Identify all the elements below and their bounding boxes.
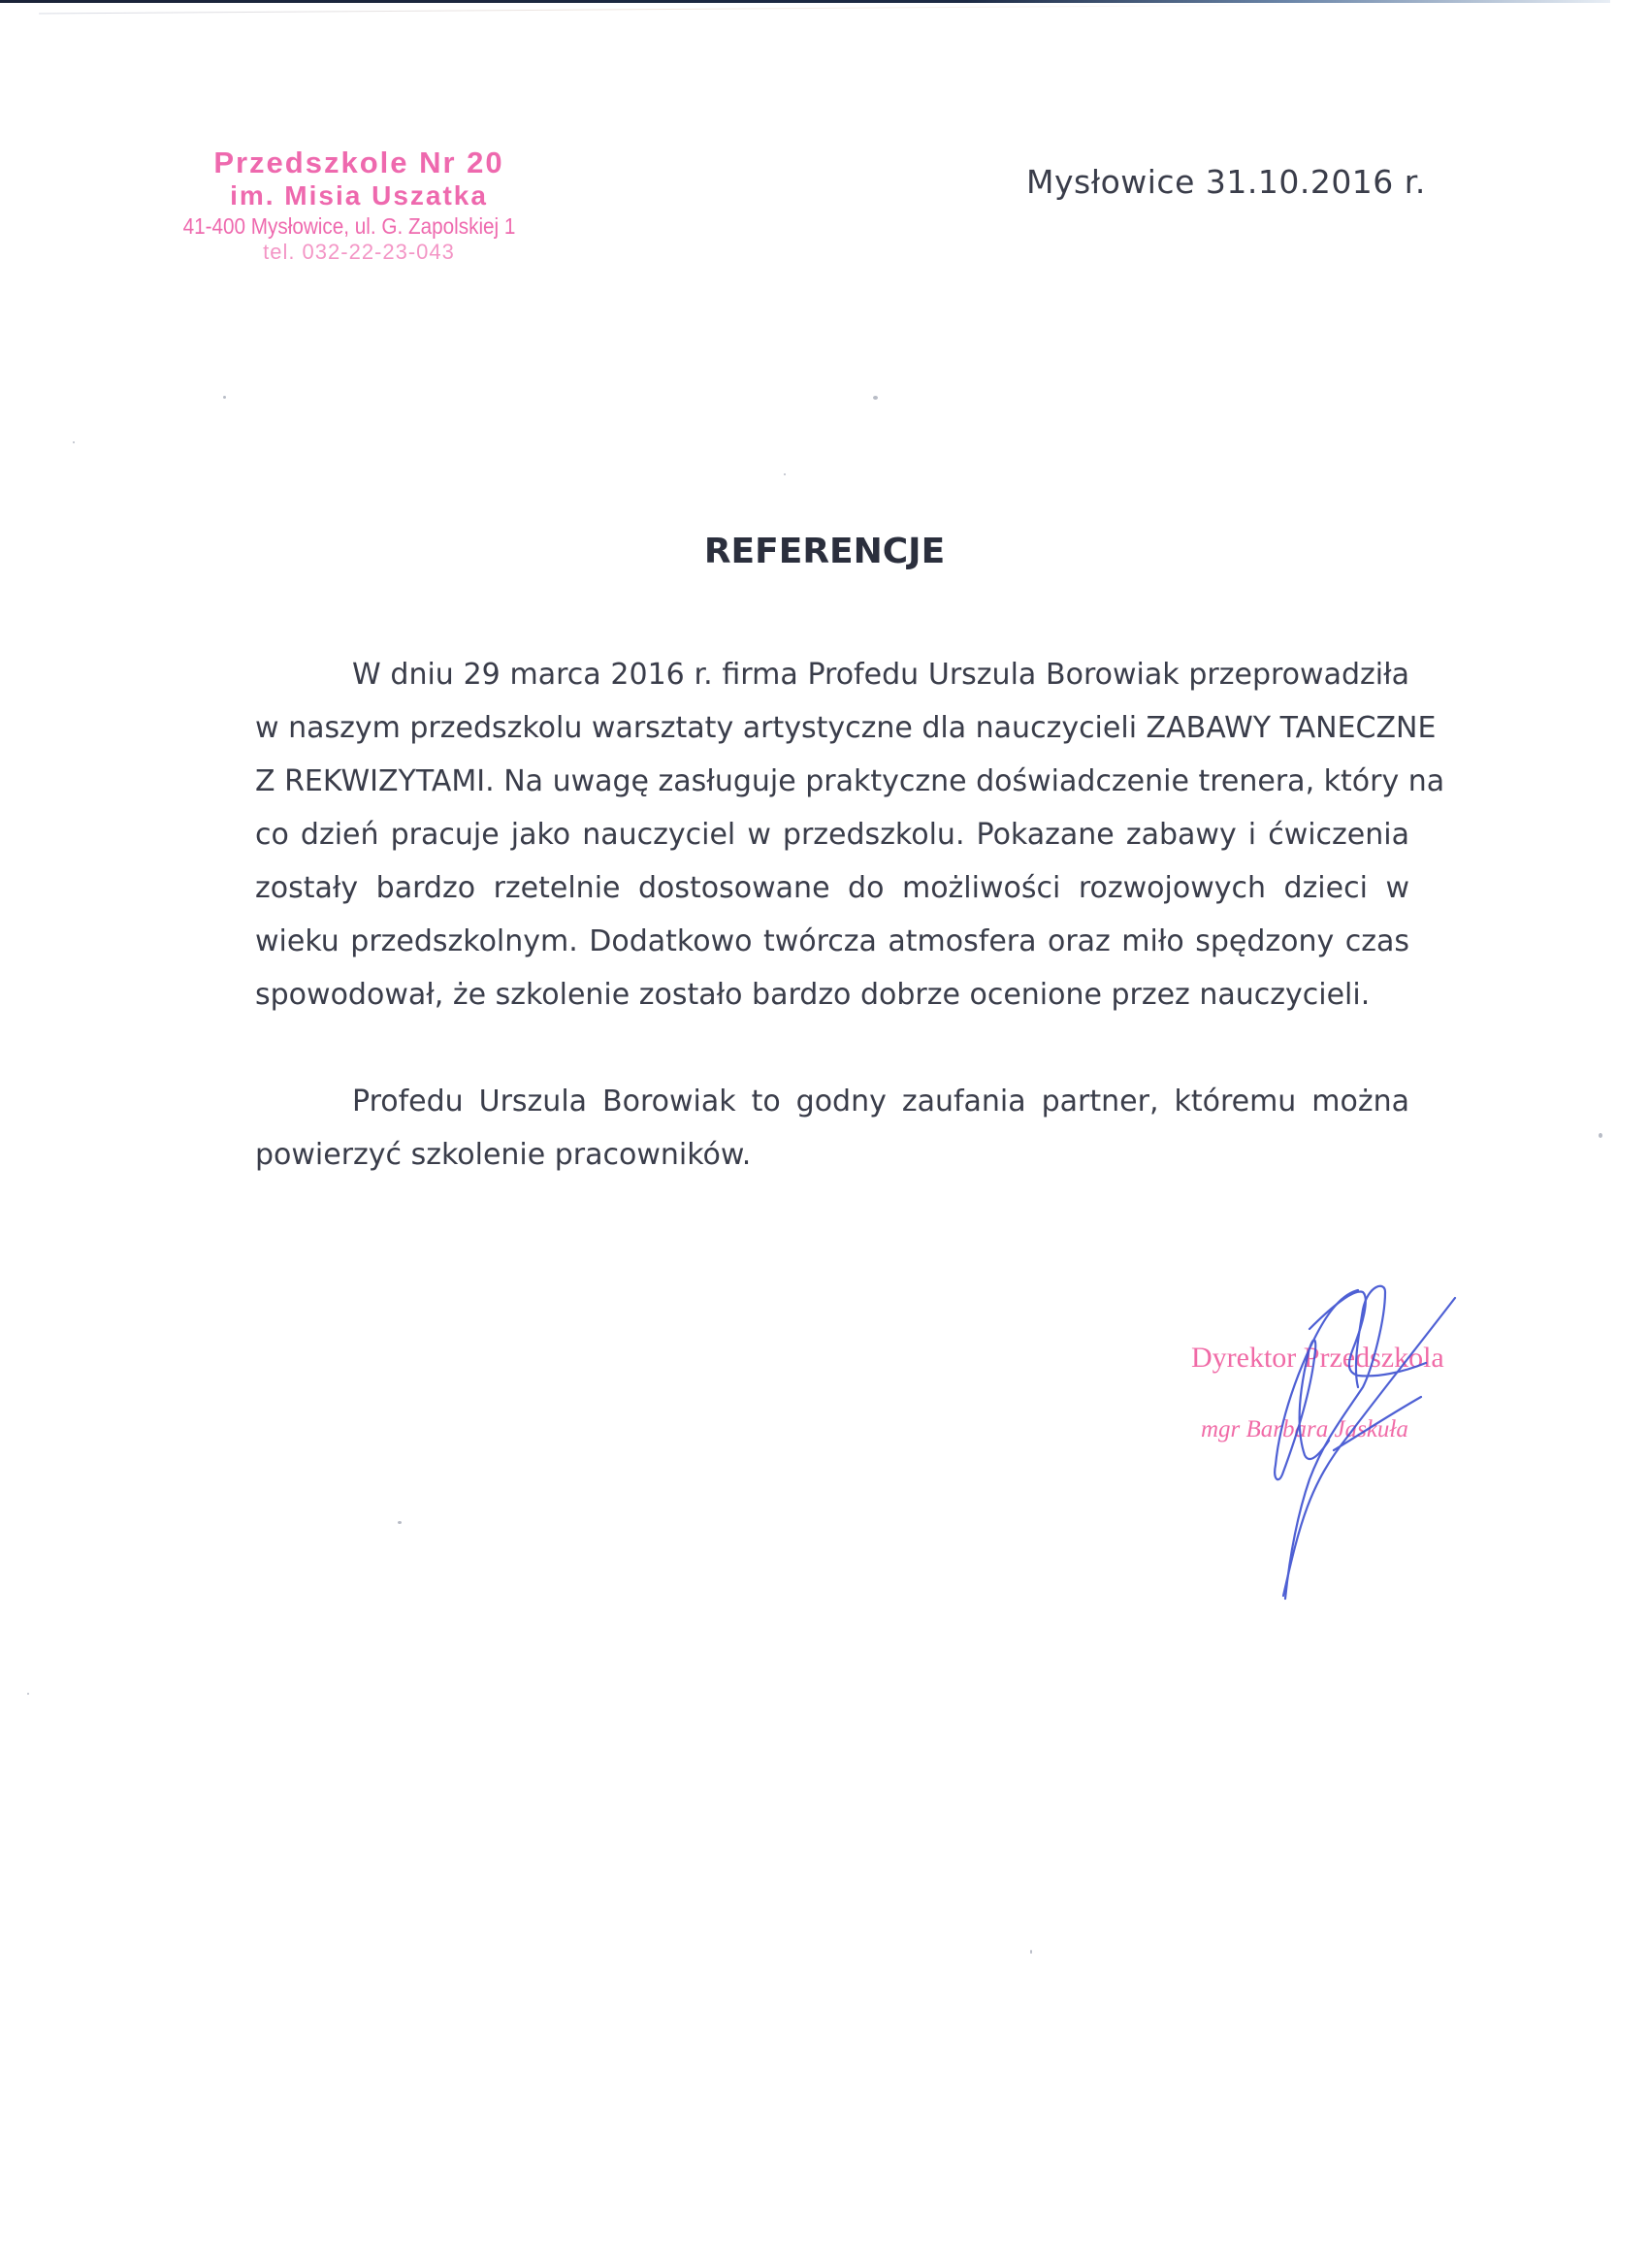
paragraph-line: spowodował, że szkolenie zostało bardzo … <box>255 968 1409 1021</box>
scan-speck <box>27 1693 29 1695</box>
stamp-line-name: Przedszkole Nr 20 <box>165 146 553 180</box>
stamp-line-patron: im. Misia Uszatka <box>165 180 553 211</box>
scan-top-edge <box>0 0 1610 3</box>
scan-artifact-line <box>39 4 1300 14</box>
paragraph-line: W dniu 29 marca 2016 r. firma Profedu Ur… <box>255 648 1409 701</box>
institution-stamp: Przedszkole Nr 20 im. Misia Uszatka 41-4… <box>165 146 553 264</box>
paragraph-line: co dzień pracuje jako nauczyciel w przed… <box>255 808 1409 861</box>
paragraph-line: w naszym przedszkolu warsztaty artystycz… <box>255 701 1409 755</box>
handwritten-signature-icon <box>1164 1280 1513 1630</box>
paragraph-line: wieku przedszkolnym. Dodatkowo twórcza a… <box>255 915 1409 968</box>
scan-speck <box>73 441 75 443</box>
scan-speck <box>223 396 226 399</box>
paragraph-1: W dniu 29 marca 2016 r. firma Profedu Ur… <box>255 648 1409 1021</box>
scan-speck <box>784 473 786 475</box>
scan-speck <box>1599 1133 1602 1138</box>
stamp-line-address: 41-400 Mysłowice, ul. G. Zapolskiej 1 <box>166 211 533 241</box>
place-and-date: Mysłowice 31.10.2016 r. <box>1026 163 1426 201</box>
stamp-line-phone: tel. 032-22-23-043 <box>165 241 553 264</box>
document-title: REFERENCJE <box>0 532 1649 571</box>
paragraph-line: zostały bardzo rzetelnie dostosowane do … <box>255 861 1409 915</box>
scan-speck <box>1030 1950 1032 1954</box>
paragraph-line: powierzyć szkolenie pracowników. <box>255 1128 1409 1182</box>
scan-speck <box>398 1521 402 1524</box>
scan-speck <box>873 396 878 400</box>
paragraph-line: Profedu Urszula Borowiak to godny zaufan… <box>255 1075 1409 1128</box>
paragraph-2: Profedu Urszula Borowiak to godny zaufan… <box>255 1075 1409 1182</box>
paragraph-line: Z REKWIZYTAMI. Na uwagę zasługuje prakty… <box>255 755 1409 808</box>
document-title-text: REFERENCJE <box>704 532 945 571</box>
